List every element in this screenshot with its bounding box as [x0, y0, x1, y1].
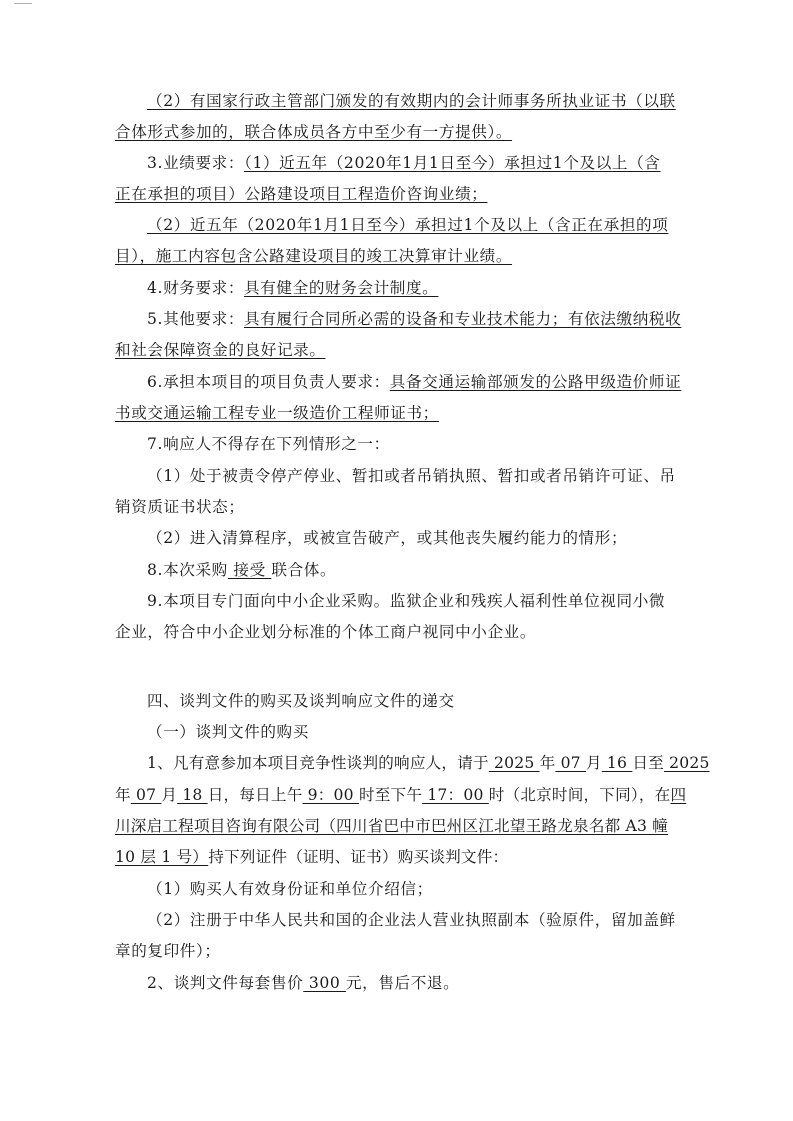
required-doc-2-line-2: 章的复印件）； [115, 940, 681, 962]
location-text: 四 [670, 786, 686, 804]
plain-text: 9.本项目专门面向中小企业采购。监狱企业和残疾人福利性单位视同小微 [147, 592, 665, 610]
start-month: 07 [555, 754, 586, 772]
end-month: 07 [131, 786, 162, 804]
plain-text: 企业，符合中小企业划分标准的个体工商户视同中小企业。 [115, 623, 536, 641]
other-requirement-line-1: 5.其他要求：具有履行合同所必需的设备和专业技术能力；有依法缴纳税收 [147, 308, 681, 330]
label-text: 6.承担本项目的项目负责人要求： [147, 373, 390, 391]
end-year: 2025 [664, 754, 710, 772]
underlined-text: 目），施工内容包含公路建设项目的竣工决算审计业绩。 [115, 247, 512, 265]
purchase-location-line: 川深启工程项目咨询有限公司（四川省巴中市巴州区江北望王路龙泉名都 A3 幢 [115, 815, 681, 837]
underlined-text: 具有履行合同所必需的设备和专业技术能力；有依法缴纳税收 [244, 310, 681, 328]
underlined-text: 具备交通运输部颁发的公路甲级造价师证 [390, 373, 682, 391]
project-lead-requirement-line-2: 书或交通运输工程专业一级造价工程师证书； [115, 402, 681, 424]
exclusion-item-1-line-2: 销资质证书状态； [115, 496, 681, 518]
performance-requirement-line-2: 正在承担的项目）公路建设项目工程造价咨询业绩； [115, 183, 681, 205]
plain-text: 8.本次采购 [147, 561, 228, 579]
section-subtitle: （一）谈判文件的购买 [147, 723, 309, 741]
underlined-text: 书或交通运输工程专业一级造价工程师证书； [115, 404, 439, 422]
location-text: 10 层 1 号） [115, 848, 208, 866]
qualification-cert-line-1: （2）有国家行政主管部门颁发的有效期内的会计师事务所执业证书（以联 [147, 90, 681, 112]
purchase-period-line-1: 1、凡有意参加本项目竞争性谈判的响应人，请于 2025 年 07 月 16 日至… [147, 752, 681, 774]
underlined-text: （2）近五年（2020年1月1日至今）承担过1个及以上（含正在承担的项 [147, 216, 668, 234]
location-text: 川深启工程项目咨询有限公司（四川省巴中市巴州区江北望王路龙泉名都 A3 幢 [115, 817, 668, 835]
end-day: 18 [177, 786, 208, 804]
month-label: 月 [586, 754, 602, 772]
underlined-text: 具有健全的财务会计制度。 [244, 279, 438, 297]
plain-text: 持下列证件（证明、证书）购买谈判文件： [208, 848, 508, 866]
year-label: 年 [115, 786, 131, 804]
start-time: 9：00 [302, 786, 358, 804]
start-year: 2025 [489, 754, 540, 772]
underlined-text: （2）有国家行政主管部门颁发的有效期内的会计师事务所执业证书（以联 [147, 92, 676, 110]
label-text: 4.财务要求： [147, 279, 244, 297]
price-value: 300 [303, 974, 346, 992]
performance-requirement-line-3: （2）近五年（2020年1月1日至今）承担过1个及以上（含正在承担的项 [147, 214, 681, 236]
exclusion-item-1-line-1: （1）处于被责令停产停业、暂扣或者吊销执照、暂扣或者吊销许可证、吊 [147, 465, 681, 487]
year-label: 年 [540, 754, 556, 772]
plain-text: （1）处于被责令停产停业、暂扣或者吊销执照、暂扣或者吊销许可证、吊 [147, 467, 676, 485]
consortium-line: 8.本次采购 接受 联合体。 [147, 559, 681, 581]
label-text: 3.业绩要求： [147, 154, 244, 172]
performance-requirement-line-4: 目），施工内容包含公路建设项目的竣工决算审计业绩。 [115, 245, 681, 267]
underlined-text: 合体形式参加的，联合体成员各方中至少有一方提供）。 [115, 123, 512, 141]
plain-text: 元，售后不退。 [346, 974, 459, 992]
exclusion-item-2: （2）进入清算程序，或被宣告破产，或其他丧失履约能力的情形； [147, 527, 681, 549]
qualification-cert-line-2: 合体形式参加的，联合体成员各方中至少有一方提供）。 [115, 121, 681, 143]
financial-requirement-line: 4.财务要求：具有健全的财务会计制度。 [147, 277, 681, 299]
plain-text: 日，每日上午 [208, 786, 303, 804]
plain-text: 2、谈判文件每套售价 [147, 974, 303, 992]
plain-text: 销资质证书状态； [115, 498, 245, 516]
underlined-text: 和社会保障资金的良好记录。 [115, 341, 326, 359]
document-page: （2）有国家行政主管部门颁发的有效期内的会计师事务所执业证书（以联 合体形式参加… [0, 0, 793, 1121]
end-time: 17：00 [422, 786, 489, 804]
plain-text: （1）购买人有效身份证和单位介绍信； [147, 880, 433, 898]
exclusion-heading: 7.响应人不得存在下列情形之一： [147, 433, 681, 455]
start-day: 16 [602, 754, 633, 772]
plain-text: 1、凡有意参加本项目竞争性谈判的响应人，请于 [147, 754, 489, 772]
consortium-value: 接受 [228, 561, 272, 579]
section-four-subtitle: （一）谈判文件的购买 [147, 721, 713, 743]
plain-text: 时至下午 [359, 786, 422, 804]
plain-text: （2）注册于中华人民共和国的企业法人营业执照副本（验原件，留加盖鲜 [147, 911, 676, 929]
plain-text: 时（北京时间，下同），在 [489, 786, 671, 804]
sme-line-2: 企业，符合中小企业划分标准的个体工商户视同中小企业。 [115, 621, 681, 643]
section-four-title: 四、谈判文件的购买及谈判响应文件的递交 [147, 690, 713, 712]
purchase-documents-intro: 10 层 1 号）持下列证件（证明、证书）购买谈判文件： [115, 846, 681, 868]
day-label: 日至 [632, 754, 664, 772]
purchase-period-line-2: 年 07 月 18 日，每日上午 9：00 时至下午 17：00 时（北京时间，… [115, 784, 681, 806]
plain-text: 7.响应人不得存在下列情形之一： [147, 435, 390, 453]
required-doc-1: （1）购买人有效身份证和单位介绍信； [147, 878, 681, 900]
performance-requirement-line-1: 3.业绩要求：（1）近五年（2020年1月1日至今）承担过1个及以上（含 [147, 152, 681, 174]
plain-text: （2）进入清算程序，或被宣告破产，或其他丧失履约能力的情形； [147, 529, 627, 547]
scan-artifact [14, 3, 32, 4]
plain-text: 章的复印件）； [115, 942, 221, 960]
document-price-line: 2、谈判文件每套售价 300 元，售后不退。 [147, 972, 681, 994]
plain-text: 联合体。 [271, 561, 336, 579]
other-requirement-line-2: 和社会保障资金的良好记录。 [115, 339, 681, 361]
required-doc-2-line-1: （2）注册于中华人民共和国的企业法人营业执照副本（验原件，留加盖鲜 [147, 909, 681, 931]
underlined-text: （1）近五年（2020年1月1日至今）承担过1个及以上（含 [244, 154, 660, 172]
label-text: 5.其他要求： [147, 310, 244, 328]
project-lead-requirement-line-1: 6.承担本项目的项目负责人要求：具备交通运输部颁发的公路甲级造价师证 [147, 371, 681, 393]
month-label: 月 [161, 786, 177, 804]
underlined-text: 正在承担的项目）公路建设项目工程造价咨询业绩； [115, 185, 487, 203]
sme-line-1: 9.本项目专门面向中小企业采购。监狱企业和残疾人福利性单位视同小微 [147, 590, 681, 612]
section-title: 四、谈判文件的购买及谈判响应文件的递交 [147, 692, 455, 710]
